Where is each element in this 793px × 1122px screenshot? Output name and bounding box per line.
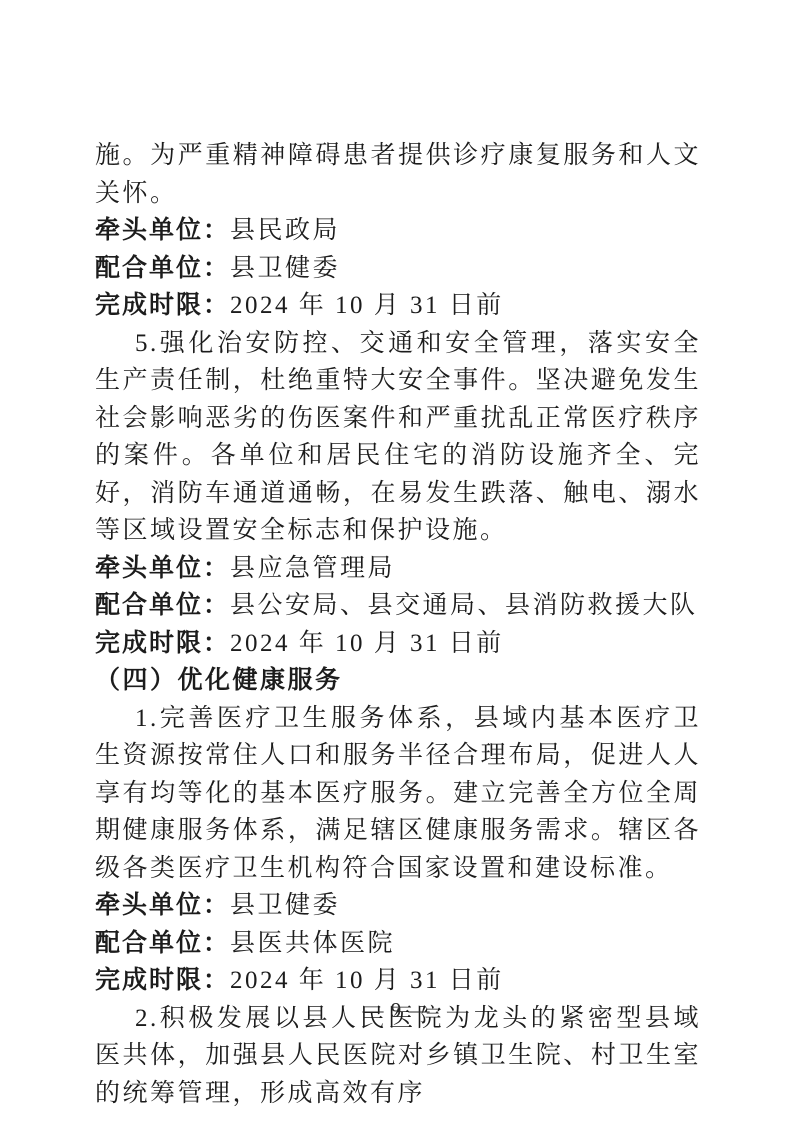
- field-coop-unit: 配合单位：县公安局、县交通局、县消防救援大队: [95, 587, 701, 625]
- field-deadline-value: 2024 年 10 月 31 日前: [230, 630, 504, 657]
- field-coop-unit: 配合单位：县医共体医院: [95, 925, 701, 963]
- field-lead-unit-label: 牵头单位：: [95, 217, 230, 244]
- field-lead-unit-value: 县民政局: [230, 217, 340, 244]
- field-deadline: 完成时限：2024 年 10 月 31 日前: [95, 962, 701, 1000]
- field-lead-unit-value: 县应急管理局: [230, 555, 395, 582]
- field-coop-unit-value: 县医共体医院: [230, 930, 395, 957]
- field-deadline-label: 完成时限：: [95, 630, 230, 657]
- field-lead-unit-value: 县卫健委: [230, 892, 340, 919]
- field-deadline-label: 完成时限：: [95, 967, 230, 994]
- field-lead-unit: 牵头单位：县卫健委: [95, 887, 701, 925]
- document-page-body: 施。为严重精神障碍患者提供诊疗康复服务和人文关怀。 牵头单位：县民政局 配合单位…: [95, 137, 701, 1112]
- field-lead-unit: 牵头单位：县民政局: [95, 212, 701, 250]
- field-deadline: 完成时限：2024 年 10 月 31 日前: [95, 625, 701, 663]
- paragraph-item-1: 1.完善医疗卫生服务体系，县域内基本医疗卫生资源按常住人口和服务半径合理布局，促…: [95, 700, 701, 888]
- field-deadline: 完成时限：2024 年 10 月 31 日前: [95, 287, 701, 325]
- field-deadline-value: 2024 年 10 月 31 日前: [230, 292, 504, 319]
- field-deadline-value: 2024 年 10 月 31 日前: [230, 967, 504, 994]
- field-coop-unit-label: 配合单位：: [95, 255, 230, 282]
- field-lead-unit-label: 牵头单位：: [95, 892, 230, 919]
- page-number: — 9 —: [0, 996, 793, 1024]
- paragraph-item-5: 5.强化治安防控、交通和安全管理，落实安全生产责任制，杜绝重特大安全事件。坚决避…: [95, 325, 701, 550]
- field-deadline-label: 完成时限：: [95, 292, 230, 319]
- section-heading-4: （四）优化健康服务: [95, 662, 701, 700]
- field-lead-unit-label: 牵头单位：: [95, 555, 230, 582]
- field-coop-unit-label: 配合单位：: [95, 592, 230, 619]
- field-coop-unit-value: 县公安局、县交通局、县消防救援大队: [230, 592, 698, 619]
- paragraph-continuation: 施。为严重精神障碍患者提供诊疗康复服务和人文关怀。: [95, 137, 701, 212]
- field-coop-unit-value: 县卫健委: [230, 255, 340, 282]
- field-lead-unit: 牵头单位：县应急管理局: [95, 550, 701, 588]
- field-coop-unit: 配合单位：县卫健委: [95, 250, 701, 288]
- field-coop-unit-label: 配合单位：: [95, 930, 230, 957]
